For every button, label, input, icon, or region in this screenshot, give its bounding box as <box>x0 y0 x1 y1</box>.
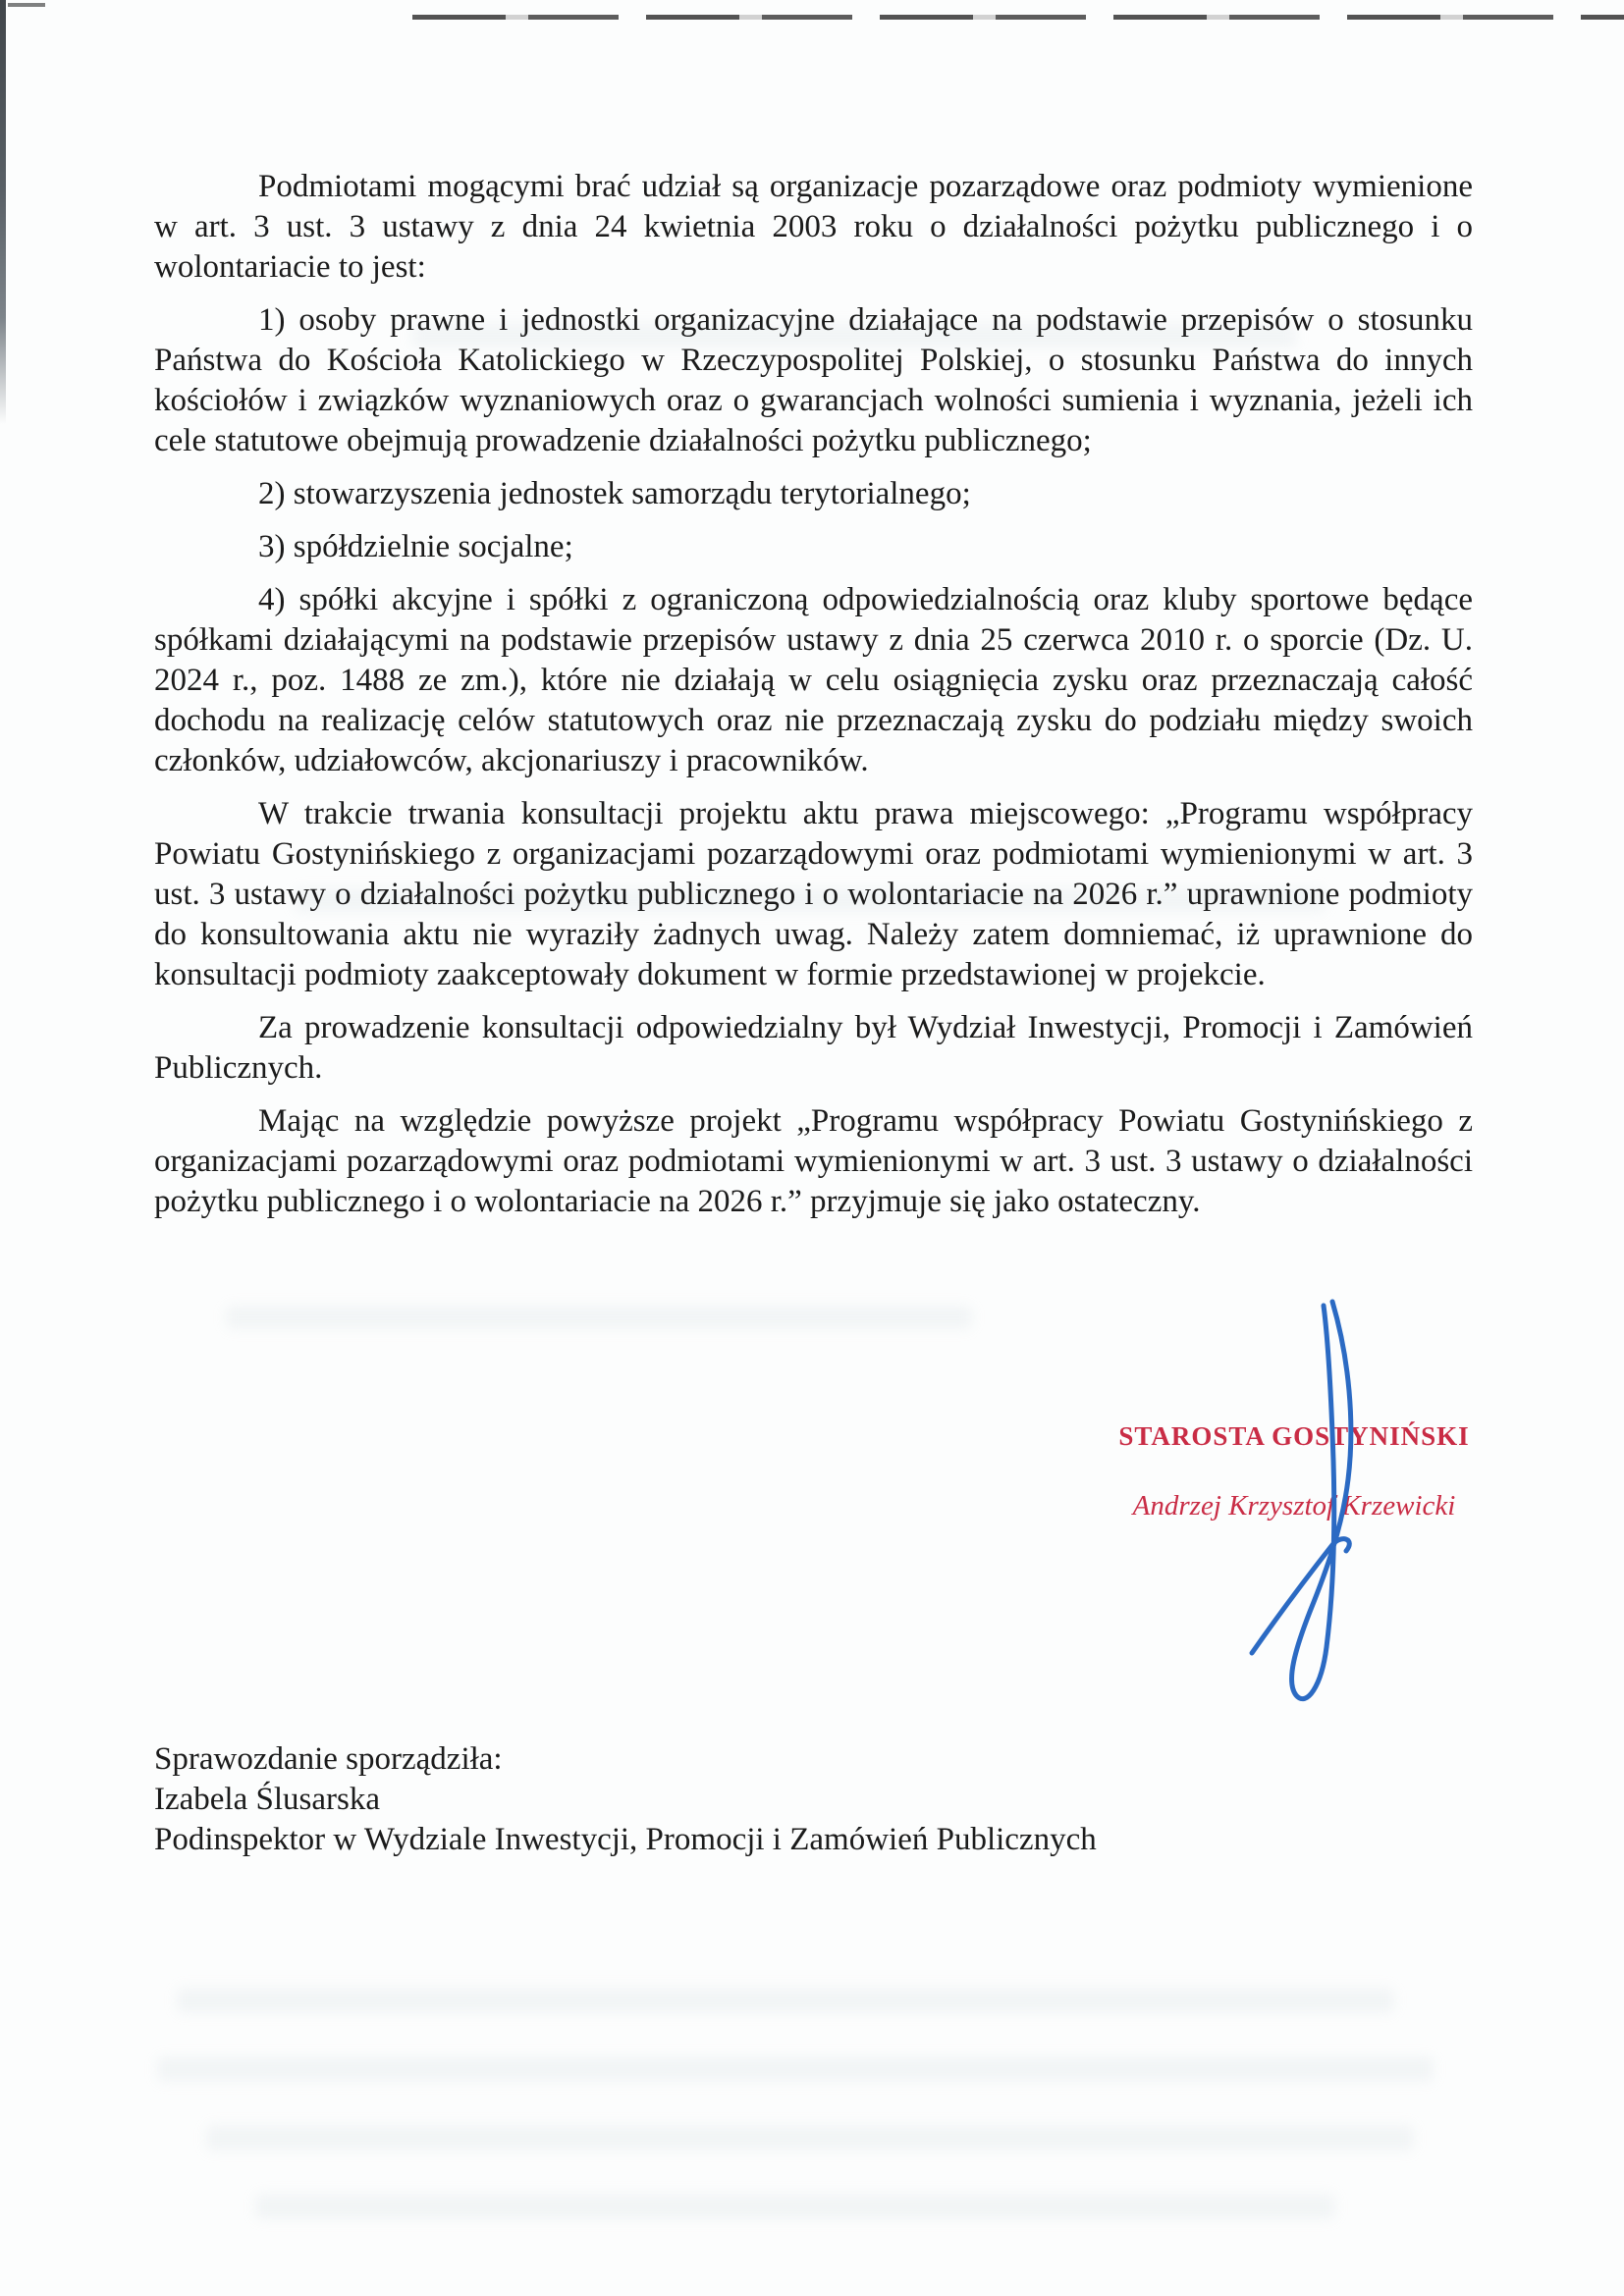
scan-bleed-through <box>226 1306 972 1329</box>
report-author-block: Sprawozdanie sporządziła: Izabela Ślusar… <box>154 1739 1097 1860</box>
scan-bleed-through <box>157 2056 1434 2082</box>
scan-bleed-through <box>255 2194 1335 2219</box>
document-body: Podmiotami mogącymi brać udział są organ… <box>154 167 1473 1235</box>
scan-bleed-through <box>177 1988 1394 2013</box>
paragraph-consultation: W trakcie trwania konsultacji projektu a… <box>154 794 1473 995</box>
document-page: Podmiotami mogącymi brać udział są organ… <box>0 0 1624 2296</box>
paragraph-responsible: Za prowadzenie konsultacji odpowiedzialn… <box>154 1008 1473 1089</box>
footer-line-prepared-by: Sprawozdanie sporządziła: <box>154 1739 1097 1780</box>
paragraph-conclusion: Mając na względzie powyższe projekt „Pro… <box>154 1101 1473 1222</box>
footer-line-author-title: Podinspektor w Wydziale Inwestycji, Prom… <box>154 1820 1097 1860</box>
list-item-2: 2) stowarzyszenia jednostek samorządu te… <box>154 474 1473 514</box>
scan-artifact-top-corner <box>8 3 45 7</box>
scan-artifact-top-edge <box>412 15 1624 20</box>
stamp-title: STAROSTA GOSTYNIŃSKI <box>1088 1421 1500 1452</box>
scan-bleed-through <box>206 2125 1414 2151</box>
scan-artifact-left-edge <box>0 0 6 424</box>
list-item-3: 3) spółdzielnie socjalne; <box>154 527 1473 567</box>
paragraph-intro: Podmiotami mogącymi brać udział są organ… <box>154 167 1473 288</box>
list-item-4: 4) spółki akcyjne i spółki z ograniczoną… <box>154 580 1473 781</box>
stamp-signer-name: Andrzej Krzysztof Krzewicki <box>1078 1490 1510 1522</box>
footer-line-author-name: Izabela Ślusarska <box>154 1780 1097 1820</box>
list-item-1: 1) osoby prawne i jednostki organizacyjn… <box>154 300 1473 461</box>
